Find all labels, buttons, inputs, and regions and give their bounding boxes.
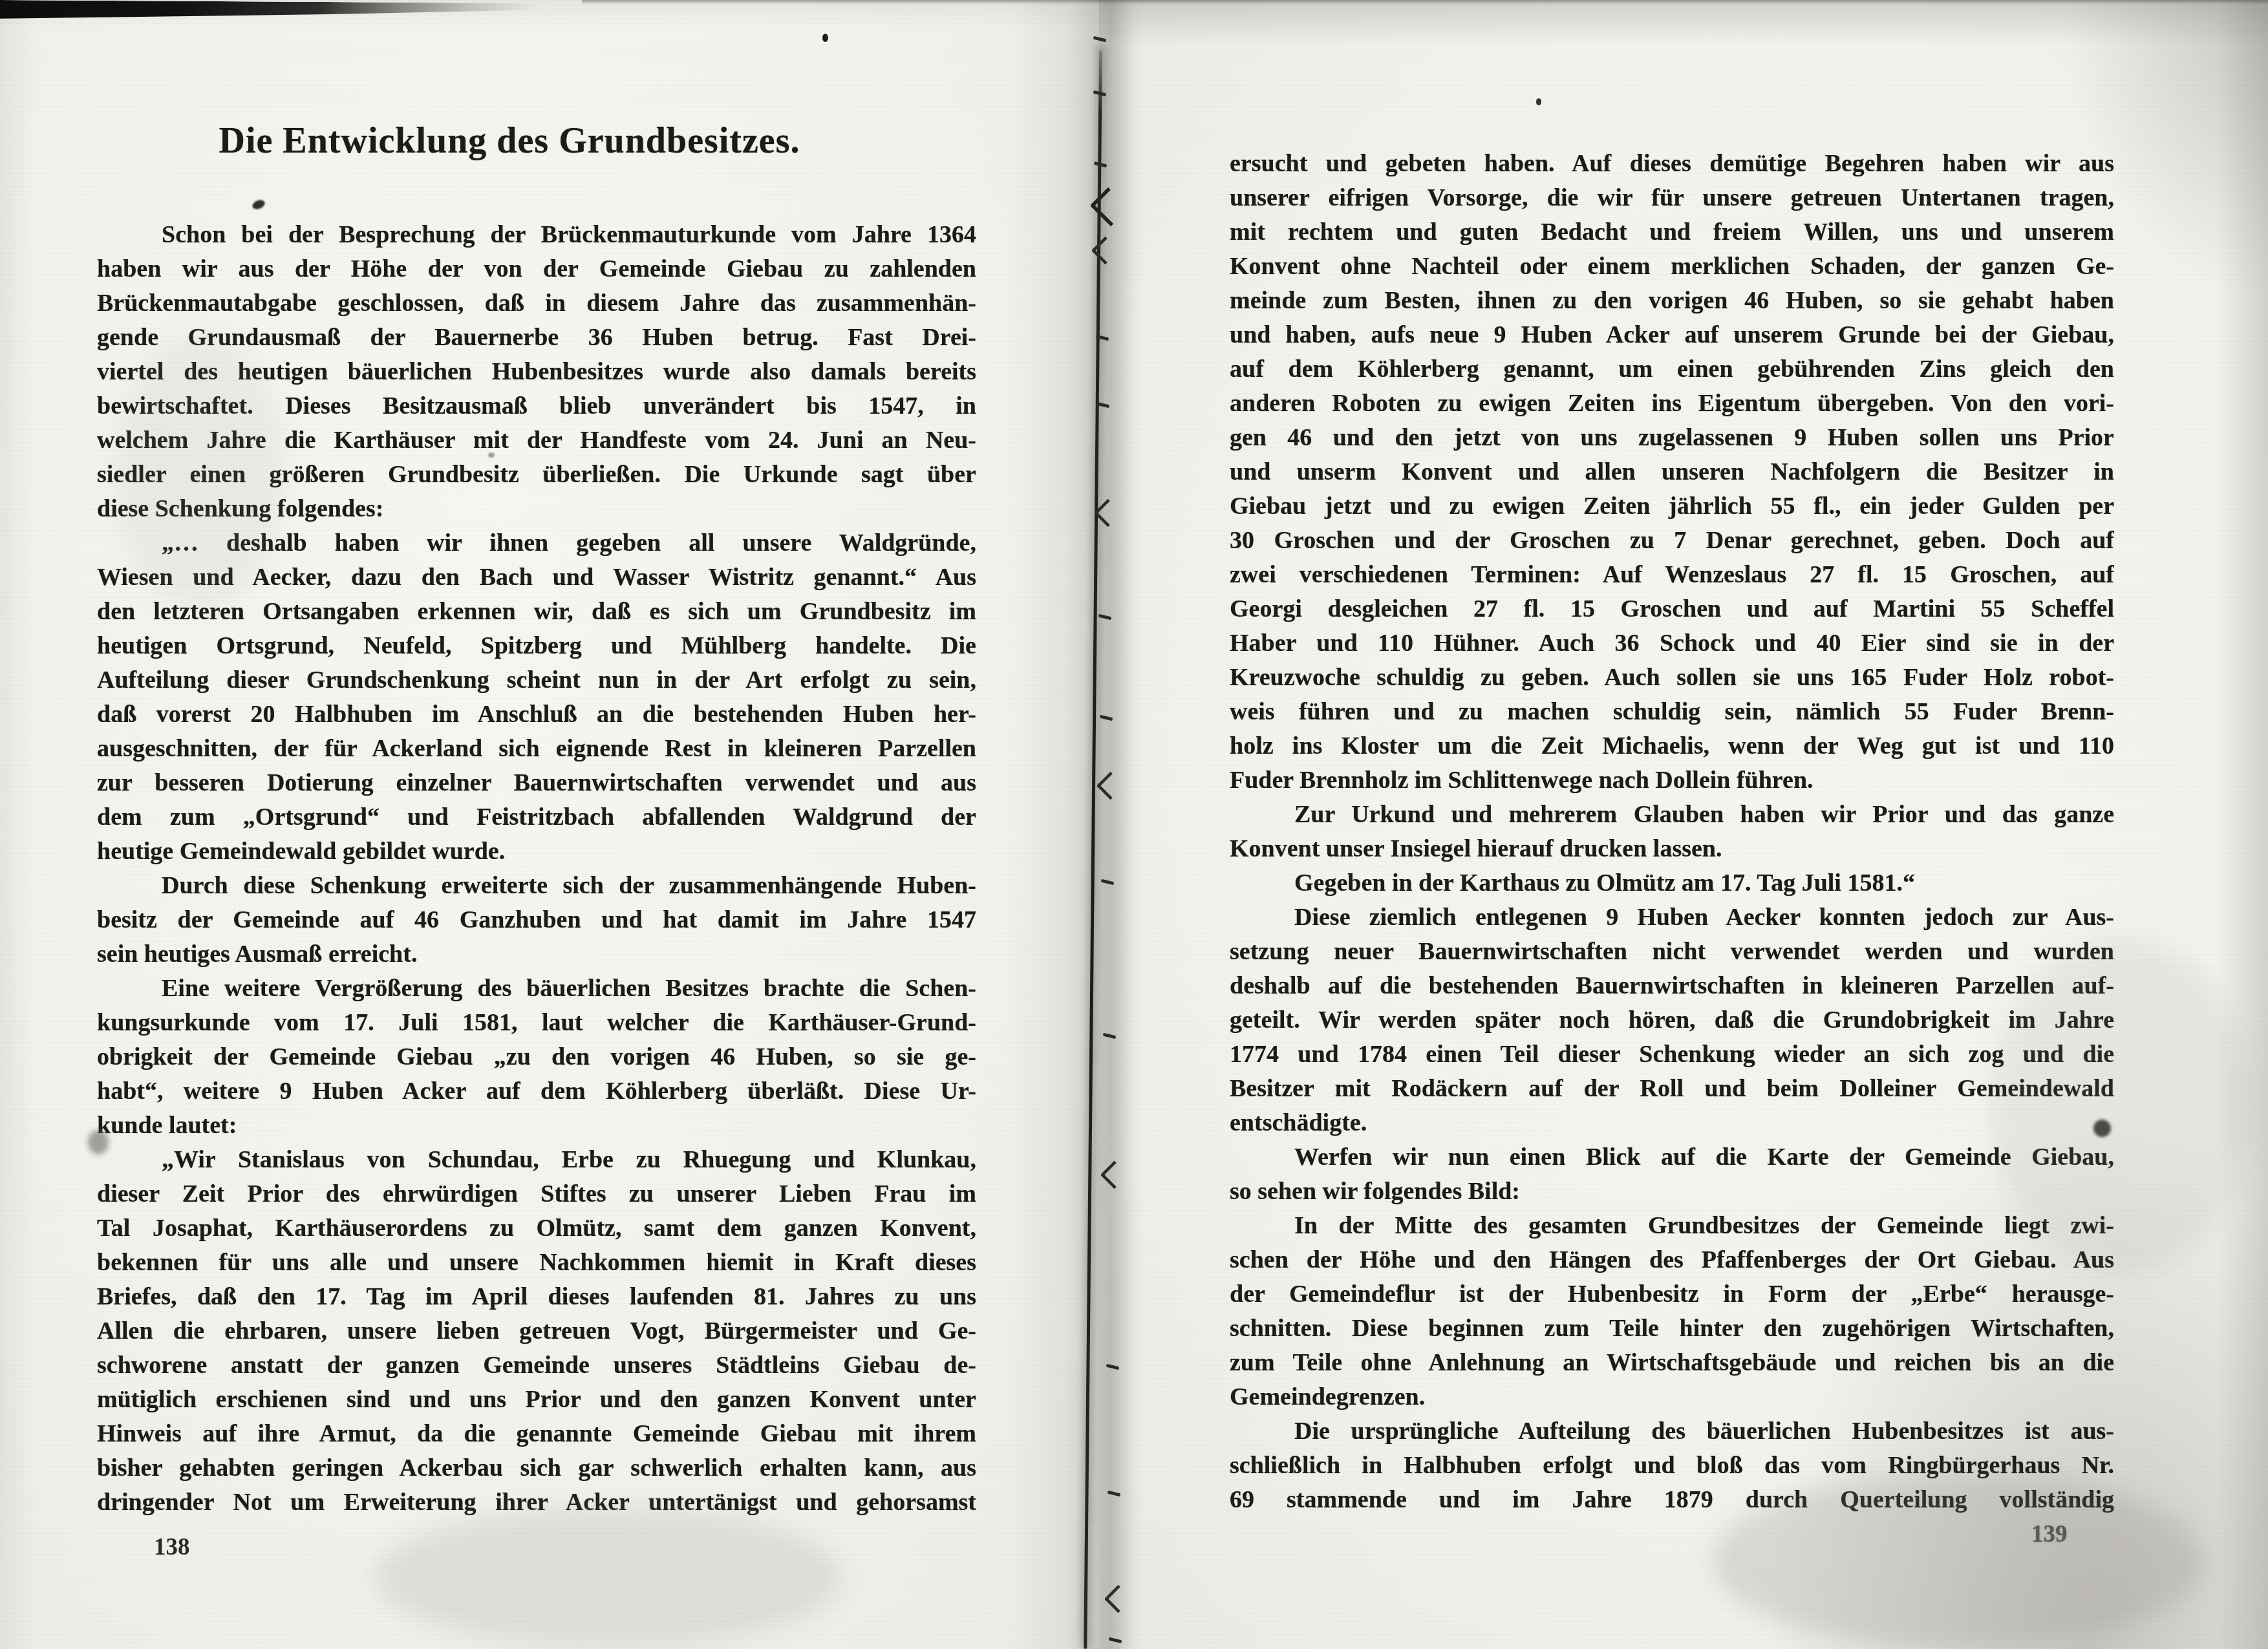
- paragraph: Die ursprüngliche Aufteilung des bäuerli…: [1230, 1414, 2114, 1517]
- text-line: 69 stammende und im Jahre 1879 durch Que…: [1230, 1483, 2114, 1517]
- text-line: besitz der Gemeinde auf 46 Ganzhuben und…: [97, 903, 976, 937]
- text-line: ersucht und gebeten haben. Auf dieses de…: [1230, 147, 2114, 181]
- text-line: Brückenmautabgabe geschlossen, daß in di…: [97, 286, 976, 321]
- text-line: Allen die ehrbaren, unsere lieben getreu…: [97, 1314, 976, 1348]
- paragraph: Diese ziemlich entlegenen 9 Huben Aecker…: [1230, 900, 2114, 1140]
- text-line: deshalb auf die bestehenden Bauernwirtsc…: [1230, 969, 2114, 1003]
- text-line: mütiglich erschienen sind und uns Prior …: [97, 1383, 976, 1417]
- paragraph: Schon bei der Besprechung der Brückenmau…: [97, 218, 976, 526]
- text-line: anderen Roboten zu ewigen Zeiten ins Eig…: [1230, 387, 2114, 421]
- text-line: 1774 und 1784 einen Teil dieser Schenkun…: [1230, 1037, 2114, 1072]
- text-line: Zur Urkund und mehrerem Glauben haben wi…: [1230, 798, 2114, 832]
- left-page-body: Schon bei der Besprechung der Brückenmau…: [97, 218, 976, 1520]
- text-line: daß vorerst 20 Halbhuben im Anschluß an …: [97, 697, 976, 732]
- text-line: habt“, weitere 9 Huben Acker auf dem Köh…: [97, 1074, 976, 1109]
- paragraph: Werfen wir nun einen Blick auf die Karte…: [1230, 1140, 2114, 1209]
- text-line: Fuder Brennholz im Schlittenwege nach Do…: [1230, 763, 2114, 798]
- text-line: schnitten. Diese beginnen zum Teile hint…: [1230, 1312, 2114, 1346]
- text-line: 30 Groschen und der Groschen zu 7 Denar …: [1230, 524, 2114, 558]
- text-line: heutigen Ortsgrund, Neufeld, Spitzberg u…: [97, 629, 976, 663]
- text-line: siedler einen größeren Grundbesitz überl…: [97, 458, 976, 492]
- text-line: zwei verschiedenen Terminen: Auf Wenzesl…: [1230, 558, 2114, 592]
- text-line: meinde zum Besten, ihnen zu den vorigen …: [1230, 284, 2114, 318]
- text-line: ausgeschnitten, der für Ackerland sich e…: [97, 732, 976, 766]
- text-line: heutige Gemeindewald gebildet wurde.: [97, 835, 976, 869]
- text-line: dieser Zeit Prior des ehrwürdigen Stifte…: [97, 1177, 976, 1211]
- text-line: und haben, aufs neue 9 Huben Acker auf u…: [1230, 318, 2114, 352]
- paragraph: „… deshalb haben wir ihnen gegeben all u…: [97, 526, 976, 869]
- text-line: Georgi desgleichen 27 fl. 15 Groschen un…: [1230, 592, 2114, 626]
- text-line: weis führen und zu machen schuldig sein,…: [1230, 695, 2114, 729]
- text-line: so sehen wir folgendes Bild:: [1230, 1175, 2114, 1209]
- text-line: bewirtschaftet. Dieses Besitzausmaß blie…: [97, 389, 976, 423]
- text-line: entschädigte.: [1230, 1106, 2114, 1140]
- text-line: kunde lautet:: [97, 1109, 976, 1143]
- text-line: „… deshalb haben wir ihnen gegeben all u…: [97, 526, 976, 560]
- paragraph: „Wir Stanislaus von Schundau, Erbe zu Rh…: [97, 1143, 976, 1520]
- text-line: Wiesen und Aecker, dazu den Bach und Was…: [97, 560, 976, 595]
- paragraph: In der Mitte des gesamten Grundbesitzes …: [1230, 1209, 2114, 1414]
- text-line: Giebau jetzt und zu ewigen Zeiten jährli…: [1230, 489, 2114, 524]
- text-line: schen der Höhe und den Hängen des Pfaffe…: [1230, 1243, 2114, 1277]
- text-line: dringender Not um Erweiterung ihrer Acke…: [97, 1485, 976, 1520]
- text-line: der Gemeindeflur ist der Hubenbesitz in …: [1230, 1277, 2114, 1312]
- text-line: Tal Josaphat, Karthäuserordens zu Olmütz…: [97, 1211, 976, 1246]
- text-line: gen 46 und den jetzt von uns zugelassene…: [1230, 421, 2114, 455]
- text-line: auf dem Köhlerberg genannt, um einen geb…: [1230, 352, 2114, 387]
- text-line: setzung neuer Bauernwirtschaften nicht v…: [1230, 935, 2114, 969]
- text-line: Die ursprüngliche Aufteilung des bäuerli…: [1230, 1414, 2114, 1449]
- text-line: Gemeindegrenzen.: [1230, 1380, 2114, 1414]
- text-line: Haber und 110 Hühner. Auch 36 Schock und…: [1230, 626, 2114, 661]
- text-line: Aufteilung dieser Grundschenkung scheint…: [97, 663, 976, 697]
- text-line: mit rechtem und guten Bedacht und freiem…: [1230, 215, 2114, 250]
- text-line: Konvent ohne Nachteil oder einem merklic…: [1230, 250, 2114, 284]
- paragraph: Gegeben in der Karthaus zu Olmütz am 17.…: [1230, 866, 2114, 900]
- text-line: holz ins Kloster um die Zeit Michaelis, …: [1230, 729, 2114, 763]
- text-line: Diese ziemlich entlegenen 9 Huben Aecker…: [1230, 900, 2114, 935]
- text-line: bisher gehabten geringen Ackerbau sich g…: [97, 1451, 976, 1485]
- text-line: sein heutiges Ausmaß erreicht.: [97, 937, 976, 972]
- paragraph: Zur Urkund und mehrerem Glauben haben wi…: [1230, 798, 2114, 866]
- text-line: Besitzer mit Rodäckern auf der Roll und …: [1230, 1072, 2114, 1106]
- text-line: Gegeben in der Karthaus zu Olmütz am 17.…: [1230, 866, 2114, 900]
- text-line: schließlich in Halbhuben erfolgt und blo…: [1230, 1449, 2114, 1483]
- text-line: Eine weitere Vergrößerung des bäuerliche…: [97, 972, 976, 1006]
- text-line: viertel des heutigen bäuerlichen Hubenbe…: [97, 355, 976, 389]
- text-line: den letzteren Ortsangaben erkennen wir, …: [97, 595, 976, 629]
- text-line: In der Mitte des gesamten Grundbesitzes …: [1230, 1209, 2114, 1243]
- text-line: geteilt. Wir werden später noch hören, d…: [1230, 1003, 2114, 1037]
- book-scan: Die Entwicklung des Grundbesitzes. Schon…: [0, 0, 2268, 1649]
- text-line: welchem Jahre die Karthäuser mit der Han…: [97, 423, 976, 458]
- text-line: und unserm Konvent und allen unseren Nac…: [1230, 455, 2114, 489]
- text-line: obrigkeit der Gemeinde Giebau „zu den vo…: [97, 1040, 976, 1074]
- text-line: kungsurkunde vom 17. Juli 1581, laut wel…: [97, 1006, 976, 1040]
- text-line: Schon bei der Besprechung der Brückenmau…: [97, 218, 976, 252]
- text-line: schworene anstatt der ganzen Gemeinde un…: [97, 1348, 976, 1383]
- text-line: diese Schenkung folgendes:: [97, 492, 976, 526]
- text-line: Briefes, daß den 17. Tag im April dieses…: [97, 1280, 976, 1314]
- text-line: Kreuzwoche schuldig zu geben. Auch solle…: [1230, 661, 2114, 695]
- text-line: Hinweis auf ihre Armut, da die genannte …: [97, 1417, 976, 1451]
- text-line: Werfen wir nun einen Blick auf die Karte…: [1230, 1140, 2114, 1175]
- text-line: gende Grundausmaß der Bauernerbe 36 Hube…: [97, 321, 976, 355]
- text-line: zur besseren Dotierung einzelner Bauernw…: [97, 766, 976, 800]
- text-line: unserer eifrigen Vorsorge, die wir für u…: [1230, 181, 2114, 215]
- text-line: zum Teile ohne Anlehnung an Wirtschaftsg…: [1230, 1346, 2114, 1380]
- text-line: dem zum „Ortsgrund“ und Feistritzbach ab…: [97, 800, 976, 835]
- text-line: „Wir Stanislaus von Schundau, Erbe zu Rh…: [97, 1143, 976, 1177]
- page-number-left: 138: [154, 1533, 190, 1561]
- paragraph: Eine weitere Vergrößerung des bäuerliche…: [97, 972, 976, 1143]
- text-line: haben wir aus der Höhe der von der Gemei…: [97, 252, 976, 286]
- paragraph: ersucht und gebeten haben. Auf dieses de…: [1230, 147, 2114, 798]
- left-page-header: Die Entwicklung des Grundbesitzes.: [97, 120, 976, 162]
- page-title: Die Entwicklung des Grundbesitzes.: [70, 120, 949, 162]
- text-line: Konvent unser Insiegel hierauf drucken l…: [1230, 832, 2114, 866]
- page-number-right: 139: [2031, 1520, 2068, 1548]
- right-page-body: ersucht und gebeten haben. Auf dieses de…: [1230, 147, 2114, 1517]
- paragraph: Durch diese Schenkung erweiterte sich de…: [97, 869, 976, 972]
- text-line: Durch diese Schenkung erweiterte sich de…: [97, 869, 976, 903]
- text-line: bekennen für uns alle und unsere Nachkom…: [97, 1246, 976, 1280]
